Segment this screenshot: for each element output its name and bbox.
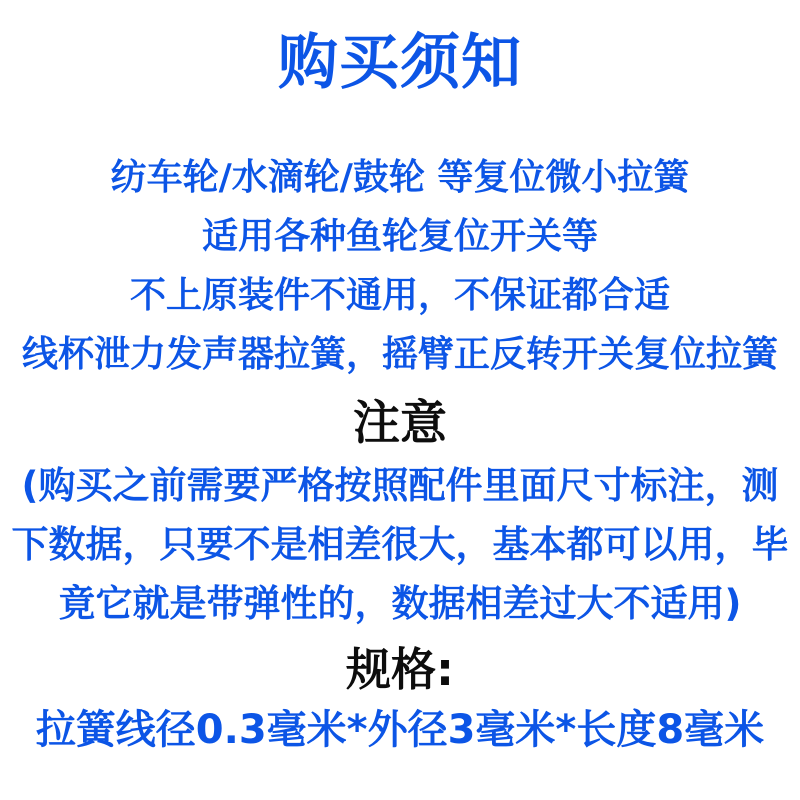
intro-line-applicable-reels: 纺车轮/水滴轮/鼓轮 等复位微小拉簧 [22,148,778,207]
intro-section: 纺车轮/水滴轮/鼓轮 等复位微小拉簧 适用各种鱼轮复位开关等 不上原装件不通用，… [22,148,778,384]
attention-line-3: 竟它就是带弹性的，数据相差过大不适用) [12,574,789,633]
page-title: 购买须知 [278,30,522,96]
attention-line-2: 下数据，只要不是相差很大，基本都可以用，毕 [12,515,789,574]
attention-line-1: (购买之前需要严格按照配件里面尺寸标注，测 [12,456,789,515]
purchase-notice-page: 购买须知 纺车轮/水滴轮/鼓轮 等复位微小拉簧 适用各种鱼轮复位开关等 不上原装… [0,0,800,800]
intro-line-usage: 适用各种鱼轮复位开关等 [22,207,778,266]
intro-line-compatibility-warning: 不上原装件不通用，不保证都合适 [22,266,778,325]
spec-heading: 规格: [346,639,454,701]
spec-value: 拉簧线径0.3毫米*外径3毫米*长度8毫米 [36,701,764,759]
attention-heading: 注意 [353,392,447,456]
intro-line-spring-types: 线杯泄力发声器拉簧，摇臂正反转开关复位拉簧 [22,325,778,384]
attention-section: (购买之前需要严格按照配件里面尺寸标注，测 下数据，只要不是相差很大，基本都可以… [12,456,789,633]
